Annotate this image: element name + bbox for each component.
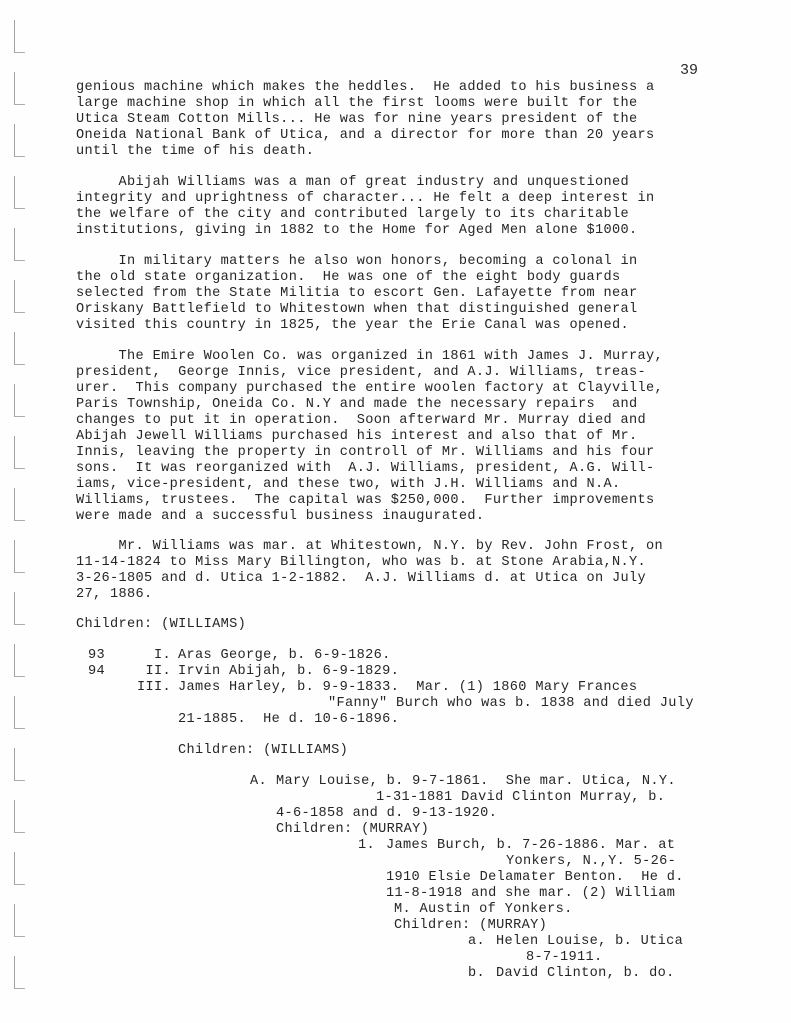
grandchild-text: 11-8-1918 and she mar. (2) William (386, 886, 675, 902)
binder-mark (14, 332, 25, 365)
text-line: the welfare of the city and contributed … (76, 207, 629, 223)
binder-mark (14, 748, 25, 781)
binder-mark (14, 20, 25, 53)
text-line: Paris Township, Oneida Co. N.Y and made … (76, 397, 638, 413)
great-grandchild-label: a. (468, 934, 485, 950)
text-line: Abijah Jewell Williams purchased his int… (76, 429, 638, 445)
page-number: 39 (680, 62, 698, 79)
text-line: In military matters he also won honors, … (76, 254, 638, 270)
child-text: Aras George, b. 6-9-1826. (178, 648, 391, 664)
text-line: The Emire Woolen Co. was organized in 18… (76, 349, 663, 365)
text-line: president, George Innis, vice president,… (76, 365, 646, 381)
child-text: James Harley, b. 9-9-1833. Mar. (1) 1860… (178, 680, 637, 696)
binder-mark (14, 176, 25, 209)
binder-mark (14, 800, 25, 833)
sub-child-text: Mary Louise, b. 9-7-1861. She mar. Utica… (276, 774, 676, 790)
text-line: Oneida National Bank of Utica, and a dir… (76, 128, 655, 144)
great-grandchild-text: Helen Louise, b. Utica (496, 934, 683, 950)
binder-mark (14, 904, 25, 937)
grandchild-text: James Burch, b. 7-26-1886. Mar. at (386, 838, 675, 854)
text-line: changes to put it in operation. Soon aft… (76, 413, 646, 429)
binder-mark (14, 124, 25, 157)
text-line: Innis, leaving the property in controll … (76, 445, 655, 461)
text-line: visited this country in 1825, the year t… (76, 318, 629, 334)
text-line: Utica Steam Cotton Mills... He was for n… (76, 112, 638, 128)
child-text: Irvin Abijah, b. 6-9-1829. (178, 664, 399, 680)
great-grandchild-text: 8-7-1911. (526, 950, 603, 966)
text-line: genious machine which makes the heddles.… (76, 80, 655, 96)
text-line: selected from the State Militia to escor… (76, 286, 638, 302)
binder-mark (14, 228, 25, 261)
great-grandchild-label: b. (468, 966, 485, 982)
text-line: were made and a successful business inau… (76, 509, 484, 525)
binder-mark (14, 540, 25, 573)
document-page: 39 genious machine which makes the heddl… (0, 0, 791, 1023)
child-numeral: III. (131, 680, 171, 696)
binder-mark (14, 644, 25, 677)
binder-mark (14, 280, 25, 313)
text-line: 27, 1886. (76, 587, 153, 603)
sub-child-text: 1-31-1881 David Clinton Murray, b. (376, 790, 665, 806)
child-text-continued: 21-1885. He d. 10-6-1896. (178, 712, 399, 728)
text-line: institutions, giving in 1882 to the Home… (76, 223, 638, 239)
grandchild-text: M. Austin of Yonkers. (394, 902, 573, 918)
child-ref-number: 93 (88, 648, 105, 664)
grandchild-text: Children: (MURRAY) (394, 918, 547, 934)
binder-mark (14, 436, 25, 469)
binder-mark (14, 384, 25, 417)
binder-mark (14, 488, 25, 521)
binder-mark (14, 956, 25, 989)
text-line: until the time of his death. (76, 144, 314, 160)
grandchild-text: Yonkers, N.,Y. 5-26- (506, 854, 676, 870)
text-line: large machine shop in which all the firs… (76, 96, 638, 112)
binder-mark (14, 696, 25, 729)
text-line: sons. It was reorganized with A.J. Willi… (76, 461, 655, 477)
grandchild-text: 1910 Elsie Delamater Benton. He d. (386, 870, 684, 886)
sub-child-label: A. (250, 774, 267, 790)
text-line: Abijah Williams was a man of great indus… (76, 175, 629, 191)
text-line: 11-14-1824 to Miss Mary Billington, who … (76, 555, 646, 571)
child-text-continued: "Fanny" Burch who was b. 1838 and died J… (328, 696, 694, 712)
text-line: Williams, trustees. The capital was $250… (76, 493, 655, 509)
text-line: Mr. Williams was mar. at Whitestown, N.Y… (76, 539, 663, 555)
great-grandchild-text: David Clinton, b. do. (496, 966, 675, 982)
sub-children-heading: Children: (WILLIAMS) (178, 743, 348, 759)
child-ref-number: 94 (88, 664, 105, 680)
text-line: Oriskany Battlefield to Whitestown when … (76, 302, 638, 318)
binder-mark (14, 852, 25, 885)
child-numeral: I. (131, 648, 171, 664)
text-line: the old state organization. He was one o… (76, 270, 620, 286)
text-line: 3-26-1805 and d. Utica 1-2-1882. A.J. Wi… (76, 571, 646, 587)
sub-child-text: 4-6-1858 and d. 9-13-1920. (276, 806, 497, 822)
grandchild-label: 1. (358, 838, 375, 854)
text-line: urer. This company purchased the entire … (76, 381, 663, 397)
sub-child-text: Children: (MURRAY) (276, 822, 429, 838)
binder-mark (14, 592, 25, 625)
child-numeral: II. (131, 664, 171, 680)
children-heading: Children: (WILLIAMS) (76, 617, 246, 633)
text-line: iams, vice-president, and these two, wit… (76, 477, 620, 493)
binder-mark (14, 72, 25, 105)
text-line: integrity and uprightness of character..… (76, 191, 655, 207)
